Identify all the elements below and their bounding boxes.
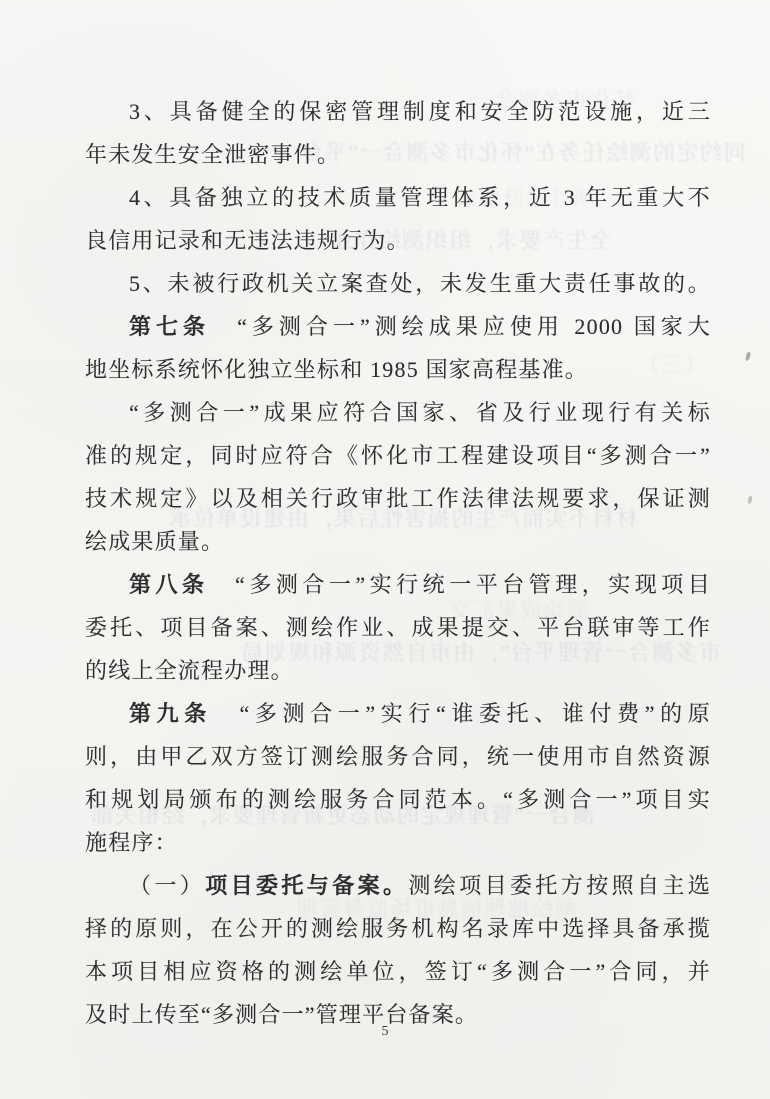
line-text: 和规划局颁布的测绘服务合同范本。“多测合一”项目实 <box>85 787 711 812</box>
text-line: 3、具备健全的保密管理制度和安全防范设施，近三 <box>85 90 711 133</box>
line-text: 准的规定，同时应符合《怀化市工程建设项目“多测合一” <box>85 443 711 468</box>
article-number: 第七条 <box>129 314 210 339</box>
line-text: 3、具备健全的保密管理制度和安全防范设施，近三 <box>129 99 711 124</box>
line-text: 地坐标系统怀化独立坐标和 1985 国家高程基准。 <box>85 357 588 382</box>
document-page: 怀化市多测合一 同约定的测绘任务在“怀化市多测合一”平台 项目建设要求 全生产要… <box>0 0 770 1099</box>
line-text: 施程序： <box>85 830 178 855</box>
item-number: （一） <box>129 873 205 898</box>
line-text: 技术规定》以及相关行政审批工作法律法规要求，保证测 <box>85 486 711 511</box>
article-number: 第八条 <box>129 572 209 597</box>
text-line: 技术规定》以及相关行政审批工作法律法规要求，保证测 <box>85 477 711 520</box>
line-text: 的线上全流程办理。 <box>85 658 294 683</box>
text-line: 本项目相应资格的测绘单位，签订“多测合一”合同，并 <box>85 950 711 993</box>
text-line: “多测合一”成果应符合国家、省及行业现行有关标 <box>85 391 711 434</box>
line-text: “多测合一”成果应符合国家、省及行业现行有关标 <box>129 400 711 425</box>
document-body: 3、具备健全的保密管理制度和安全防范设施，近三 年未发生安全泄密事件。 4、具备… <box>85 90 711 1036</box>
text-line-item-1: （一）项目委托与备案。测绘项目委托方按照自主选 <box>85 864 711 907</box>
line-text: “多测合一”测绘成果应使用 2000 国家大 <box>210 314 711 339</box>
text-line: 绘成果质量。 <box>85 520 711 563</box>
text-line-article-7: 第七条 “多测合一”测绘成果应使用 2000 国家大 <box>85 305 711 348</box>
scan-speck <box>745 352 751 362</box>
line-text: 则，由甲乙双方签订测绘服务合同，统一使用市自然资源 <box>85 744 711 769</box>
text-line: 施程序： <box>85 821 711 864</box>
line-text: 5、未被行政机关立案查处，未发生重大责任事故的。 <box>129 271 711 296</box>
scan-speck <box>747 496 752 505</box>
line-text: 委托、项目备案、测绘作业、成果提交、平台联审等工作 <box>85 615 711 640</box>
line-text: 绘成果质量。 <box>85 529 224 554</box>
line-text: 本项目相应资格的测绘单位，签订“多测合一”合同，并 <box>85 959 711 984</box>
text-line: 和规划局颁布的测绘服务合同范本。“多测合一”项目实 <box>85 778 711 821</box>
article-number: 第九条 <box>129 701 212 726</box>
text-line: 4、具备独立的技术质量管理体系，近 3 年无重大不 <box>85 176 711 219</box>
text-line-article-8: 第八条 “多测合一”实行统一平台管理，实现项目 <box>85 563 711 606</box>
line-text: 择的原则，在公开的测绘服务机构名录库中选择具备承揽 <box>85 916 711 941</box>
text-line-article-9: 第九条 “多测合一”实行“谁委托、谁付费”的原 <box>85 692 711 735</box>
text-line: 则，由甲乙双方签订测绘服务合同，统一使用市自然资源 <box>85 735 711 778</box>
text-line: 准的规定，同时应符合《怀化市工程建设项目“多测合一” <box>85 434 711 477</box>
line-text: 良信用记录和无违法违规行为。 <box>85 228 410 253</box>
text-line: 地坐标系统怀化独立坐标和 1985 国家高程基准。 <box>85 348 711 391</box>
text-line: 年未发生安全泄密事件。 <box>85 133 711 176</box>
text-line: 委托、项目备案、测绘作业、成果提交、平台联审等工作 <box>85 606 711 649</box>
line-text: “多测合一”实行统一平台管理，实现项目 <box>209 572 711 597</box>
page-number: 5 <box>0 1024 770 1040</box>
text-line: 择的原则，在公开的测绘服务机构名录库中选择具备承揽 <box>85 907 711 950</box>
line-text: 测绘项目委托方按照自主选 <box>408 873 711 898</box>
line-text: 年未发生安全泄密事件。 <box>85 142 340 167</box>
text-line: 良信用记录和无违法违规行为。 <box>85 219 711 262</box>
line-text: 4、具备独立的技术质量管理体系，近 3 年无重大不 <box>129 185 711 210</box>
text-line: 5、未被行政机关立案查处，未发生重大责任事故的。 <box>85 262 711 305</box>
line-text: “多测合一”实行“谁委托、谁付费”的原 <box>212 701 711 726</box>
text-line: 的线上全流程办理。 <box>85 649 711 692</box>
item-heading: 项目委托与备案。 <box>205 873 408 898</box>
